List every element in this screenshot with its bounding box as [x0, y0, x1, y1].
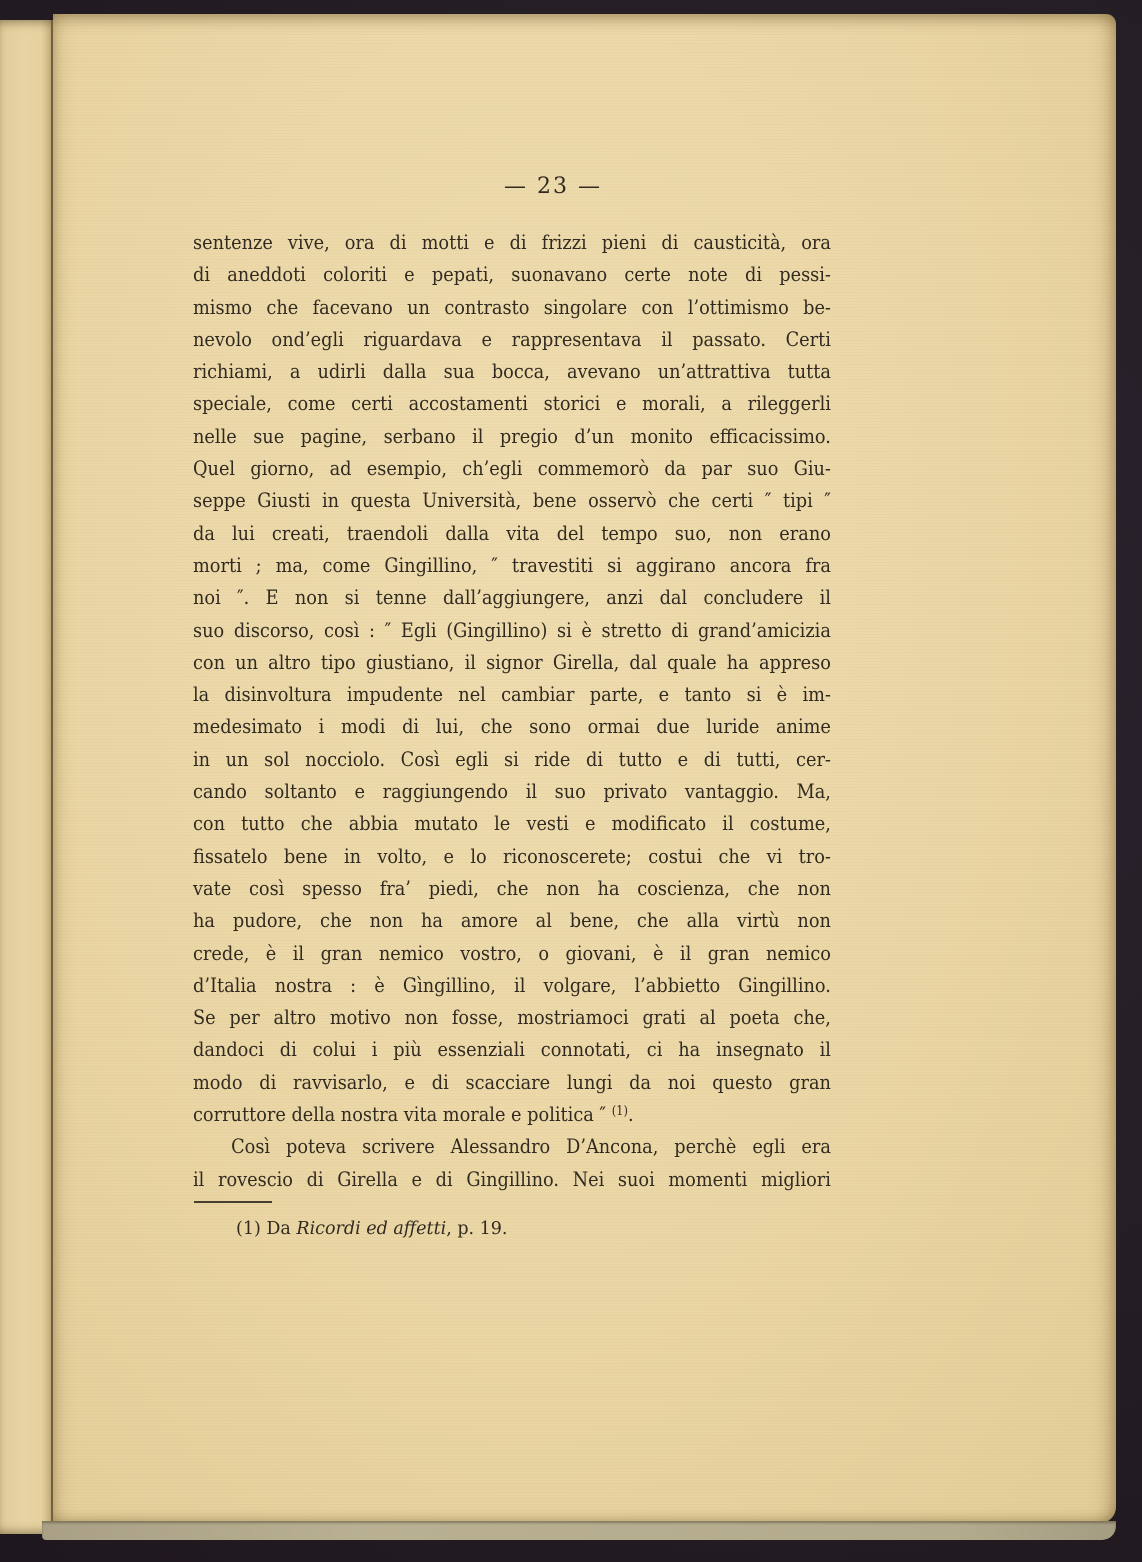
text-line: da lui creati, traendoli dalla vita del … [193, 517, 831, 549]
text-line: il rovescio di Girella e di Gingillino. … [193, 1163, 831, 1195]
text-line: con tutto che abbia mutato le vesti e mo… [193, 807, 831, 839]
text-line: nevolo ond’egli riguardava e rappresenta… [193, 323, 831, 355]
text-line: in un sol nocciolo. Così egli si ride di… [193, 743, 831, 775]
text-line: corruttore della nostra vita morale e po… [193, 1098, 831, 1130]
text-line: sentenze vive, ora di motti e di frizzi … [193, 226, 831, 258]
text-line: noi ″. E non si tenne dall’aggiungere, a… [193, 581, 831, 613]
footnote-text: , p. 19. [446, 1219, 507, 1239]
text-line: Così poteva scrivere Alessandro D’Ancona… [193, 1130, 831, 1162]
text-line: mismo che facevano un contrasto singolar… [193, 291, 831, 323]
body-text: sentenze vive, ora di motti e di frizzi … [193, 226, 831, 1195]
text-line: morti ; ma, come Gingillino, ″ travestit… [193, 549, 831, 581]
text-line: d’Italia nostra : è Gìngillino, il volga… [193, 969, 831, 1001]
text-line: vate così spesso fra’ piedi, che non ha … [193, 872, 831, 904]
book-page: — 23 — sentenze vive, ora di motti e di … [53, 14, 1116, 1523]
text-line: richiami, a udirli dalla sua bocca, avev… [193, 355, 831, 387]
text-line: Se per altro motivo non fosse, mostriamo… [193, 1001, 831, 1033]
text-line: seppe Giusti in questa Università, bene … [193, 484, 831, 516]
text-segment: . [628, 1102, 634, 1126]
text-line: cando soltanto e raggiungendo il suo pri… [193, 775, 831, 807]
text-line: con un altro tipo giustiano, il signor G… [193, 646, 831, 678]
footnote-ref: (1) [612, 1104, 628, 1119]
footnote: (1) Da Ricordi ed affetti, p. 19. [236, 1216, 836, 1242]
text-line: dandoci di colui i più essenziali connot… [193, 1033, 831, 1065]
text-line: ha pudore, che non ha amore al bene, che… [193, 904, 831, 936]
text-segment: corruttore della nostra vita morale e po… [193, 1102, 612, 1126]
text-line: speciale, come certi accostamenti storic… [193, 387, 831, 419]
text-line: Quel giorno, ad esempio, ch’egli commemo… [193, 452, 831, 484]
text-line: crede, è il gran nemico vostro, o giovan… [193, 937, 831, 969]
footnote-text: (1) Da [236, 1219, 296, 1239]
text-line: medesimato i modi di lui, che sono ormai… [193, 710, 831, 742]
text-line: suo discorso, così : ″ Egli (Gingillino)… [193, 614, 831, 646]
footnote-work-title: Ricordi ed affetti [296, 1219, 446, 1239]
page-number: — 23 — [193, 174, 913, 199]
text-line: fissatelo bene in volto, e lo riconoscer… [193, 840, 831, 872]
previous-page-edge [0, 20, 53, 1534]
scan-background: — 23 — sentenze vive, ora di motti e di … [0, 0, 1142, 1562]
text-line: di aneddoti coloriti e pepati, suonavano… [193, 258, 831, 290]
page-bottom-edge [42, 1521, 1116, 1540]
text-line: la disinvoltura impudente nel cambiar pa… [193, 678, 831, 710]
text-line: nelle sue pagine, serbano il pregio d’un… [193, 420, 831, 452]
text-line: modo di ravvisarlo, e di scacciare lungi… [193, 1066, 831, 1098]
footnote-rule [194, 1201, 272, 1203]
